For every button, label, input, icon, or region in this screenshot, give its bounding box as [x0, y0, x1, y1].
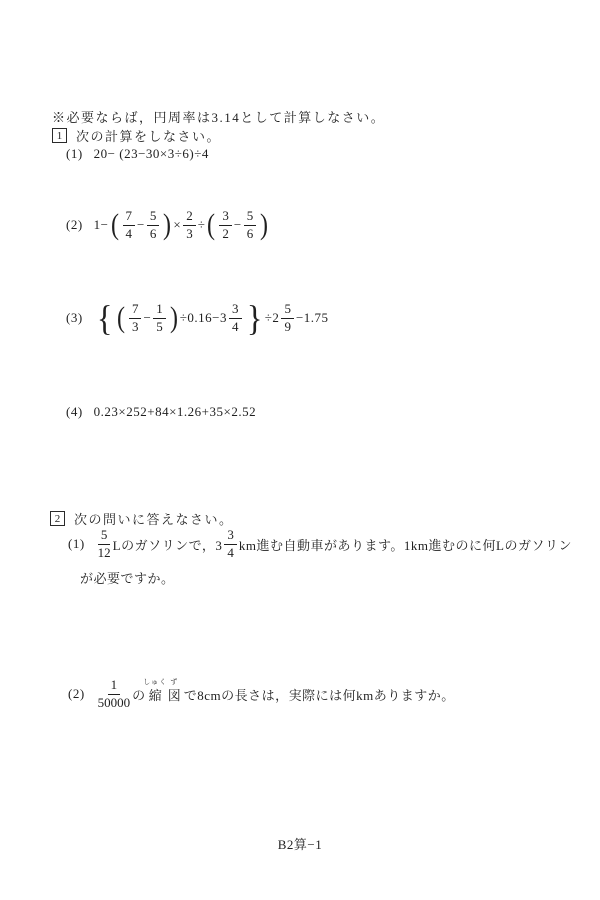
section1-header: 1 次の計算をしなさい。	[52, 126, 221, 145]
pi-note: ※必要ならば，円周率は3.14として計算しなさい。	[52, 107, 385, 126]
fraction: 56	[244, 209, 257, 242]
open-brace: {	[97, 300, 113, 336]
fraction: 32	[219, 209, 232, 242]
expression: 0.23×252+84×1.26+35×2.52	[94, 404, 256, 420]
question-label: (2)	[68, 686, 85, 702]
fraction: 74	[123, 209, 136, 242]
fraction: 59	[281, 302, 294, 335]
fraction: 150000	[98, 678, 131, 711]
fraction: 73	[129, 302, 142, 335]
problem-text: が必要ですか。	[80, 568, 175, 587]
ruby-annotation: しゅく縮	[149, 685, 162, 704]
question-1-1: (1) 20− (23−30×3÷6)÷4	[66, 146, 209, 162]
worksheet-page: ※必要ならば，円周率は3.14として計算しなさい。 1 次の計算をしなさい。 (…	[0, 0, 600, 900]
question-2-1-line2: が必要ですか。	[80, 568, 175, 587]
question-2-2: (2) 150000 の しゅく縮 ず図 で8cmの長さは，実際には何kmありま…	[68, 674, 455, 714]
operator: −	[234, 217, 242, 233]
question-label: (1)	[66, 146, 83, 162]
close-brace: }	[246, 300, 262, 336]
problem-text: の	[132, 685, 146, 704]
question-1-4: (4) 0.23×252+84×1.26+35×2.52	[66, 404, 256, 420]
question-2-1: (1) 512 Lのガソリンで，3 34 km進む自動車があります。1km進むの…	[68, 524, 572, 564]
operator: ÷	[198, 217, 206, 233]
fraction: 34	[229, 302, 242, 335]
close-paren: )	[170, 303, 178, 333]
fraction: 15	[153, 302, 166, 335]
section2-number-box: 2	[50, 511, 65, 526]
open-paren: (	[117, 303, 125, 333]
question-label: (3)	[66, 310, 83, 326]
problem-text: で8cmの長さは，実際には何kmありますか。	[184, 685, 455, 704]
open-paren: (	[111, 210, 119, 240]
close-paren: )	[260, 210, 268, 240]
section1-number-box: 1	[52, 128, 67, 143]
operator: −	[143, 310, 151, 326]
open-paren: (	[207, 210, 215, 240]
expression-part: ÷0.16−3	[180, 310, 227, 326]
section1-title: 次の計算をしなさい。	[76, 126, 221, 145]
question-1-2: (2) 1− ( 74 − 56 ) × 23 ÷ ( 32 − 56 )	[66, 203, 270, 247]
page-footer: B2算−1	[0, 834, 600, 853]
operator: ×	[173, 217, 181, 233]
fraction: 512	[98, 528, 111, 561]
expression-part: −1.75	[296, 310, 329, 326]
question-label: (1)	[68, 536, 85, 552]
problem-text: km進む自動車があります。1km進むのに何Lのガソリン	[239, 535, 572, 554]
question-1-3: (3) { ( 73 − 15 ) ÷0.16−3 34 } ÷2 59 −1.…	[66, 296, 329, 340]
close-paren: )	[163, 210, 171, 240]
expression-part: 1−	[94, 217, 109, 233]
question-label: (4)	[66, 404, 83, 420]
expression: 20− (23−30×3÷6)÷4	[94, 146, 209, 162]
operator: −	[137, 217, 145, 233]
expression-part: ÷2	[265, 310, 280, 326]
question-label: (2)	[66, 217, 83, 233]
ruby-annotation: ず図	[168, 685, 181, 704]
fraction: 23	[183, 209, 196, 242]
fraction: 56	[147, 209, 160, 242]
problem-text: Lのガソリンで，3	[113, 535, 223, 554]
fraction: 34	[224, 528, 237, 561]
